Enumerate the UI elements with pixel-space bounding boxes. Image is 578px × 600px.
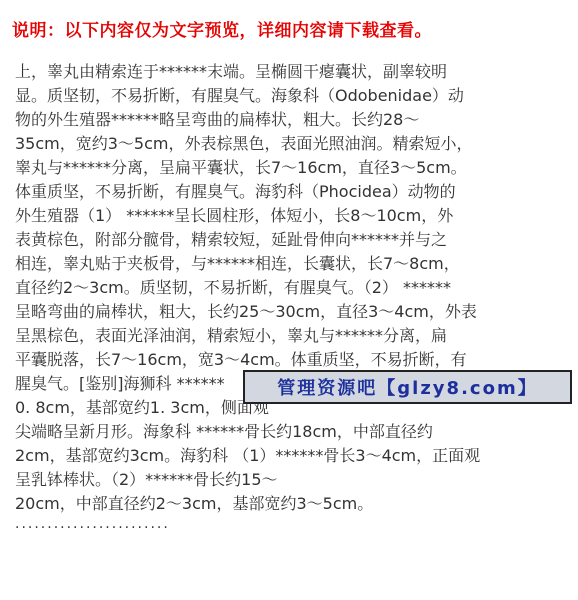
body-ellipsis-line: ························ [15, 516, 572, 540]
body-line: 睾丸与******分离，呈扁平囊状，长7～16cm，直径3～5cm。 [15, 156, 572, 180]
body-line: 呈乳钵棒状。（2）******骨长约15～ [15, 468, 572, 492]
preview-page: 说明：以下内容仅为文字预览，详细内容请下载查看。 上，睾丸由精索连于******… [0, 0, 578, 600]
body-line: 表黄棕色，附部分髋骨，精索较短，延趾骨伸向******并与之 [15, 228, 572, 252]
body-line: 20cm，中部直径约2～3cm，基部宽约3～5cm。 [15, 492, 572, 516]
body-line: 显。质坚韧，不易折断，有腥臭气。海象科（Odobenidae）动 [15, 84, 572, 108]
body-line: 上，睾丸由精索连于******末端。呈椭圆干瘪囊状，副睾较明 [15, 60, 572, 84]
body-line: 35cm，宽约3～5cm，外表棕黑色，表面光照油润。精索短小， [15, 132, 572, 156]
body-line: 呈略弯曲的扁棒状，粗大，长约25～30cm，直径3～4cm，外表 [15, 300, 572, 324]
body-line: 直径约2～3cm。质坚韧，不易折断，有腥臭气。（2） ****** [15, 276, 572, 300]
body-line: 外生殖器（1） ******呈长圆柱形，体短小，长8～10cm，外 [15, 204, 572, 228]
body-line: 2cm，基部宽约3cm。海豹科 （1）******骨长3～4cm，正面观 [15, 444, 572, 468]
body-line: 相连，睾丸贴于夹板骨，与******相连，长囊状，长7～8cm， [15, 252, 572, 276]
body-line: 尖端略呈新月形。海象科 ******骨长约18cm，中部直径约 [15, 420, 572, 444]
watermark-badge: 管理资源吧【glzy8.com】 [243, 370, 572, 404]
body-line: 呈黑棕色，表面光泽油润，精索短小，睾丸与******分离，扁 [15, 324, 572, 348]
body-line: 物的外生殖器******略呈弯曲的扁棒状，粗大。长约28～ [15, 108, 572, 132]
body-line: 体重质坚，不易折断，有腥臭气。海豹科（Phocidea）动物的 [15, 180, 572, 204]
preview-notice: 说明：以下内容仅为文字预览，详细内容请下载查看。 [12, 16, 432, 41]
body-line: 平囊脱落，长7～16cm，宽3～4cm。体重质坚，不易折断，有 [15, 348, 572, 372]
preview-body: 上，睾丸由精索连于******末端。呈椭圆干瘪囊状，副睾较明 显。质坚韧，不易折… [15, 60, 572, 540]
